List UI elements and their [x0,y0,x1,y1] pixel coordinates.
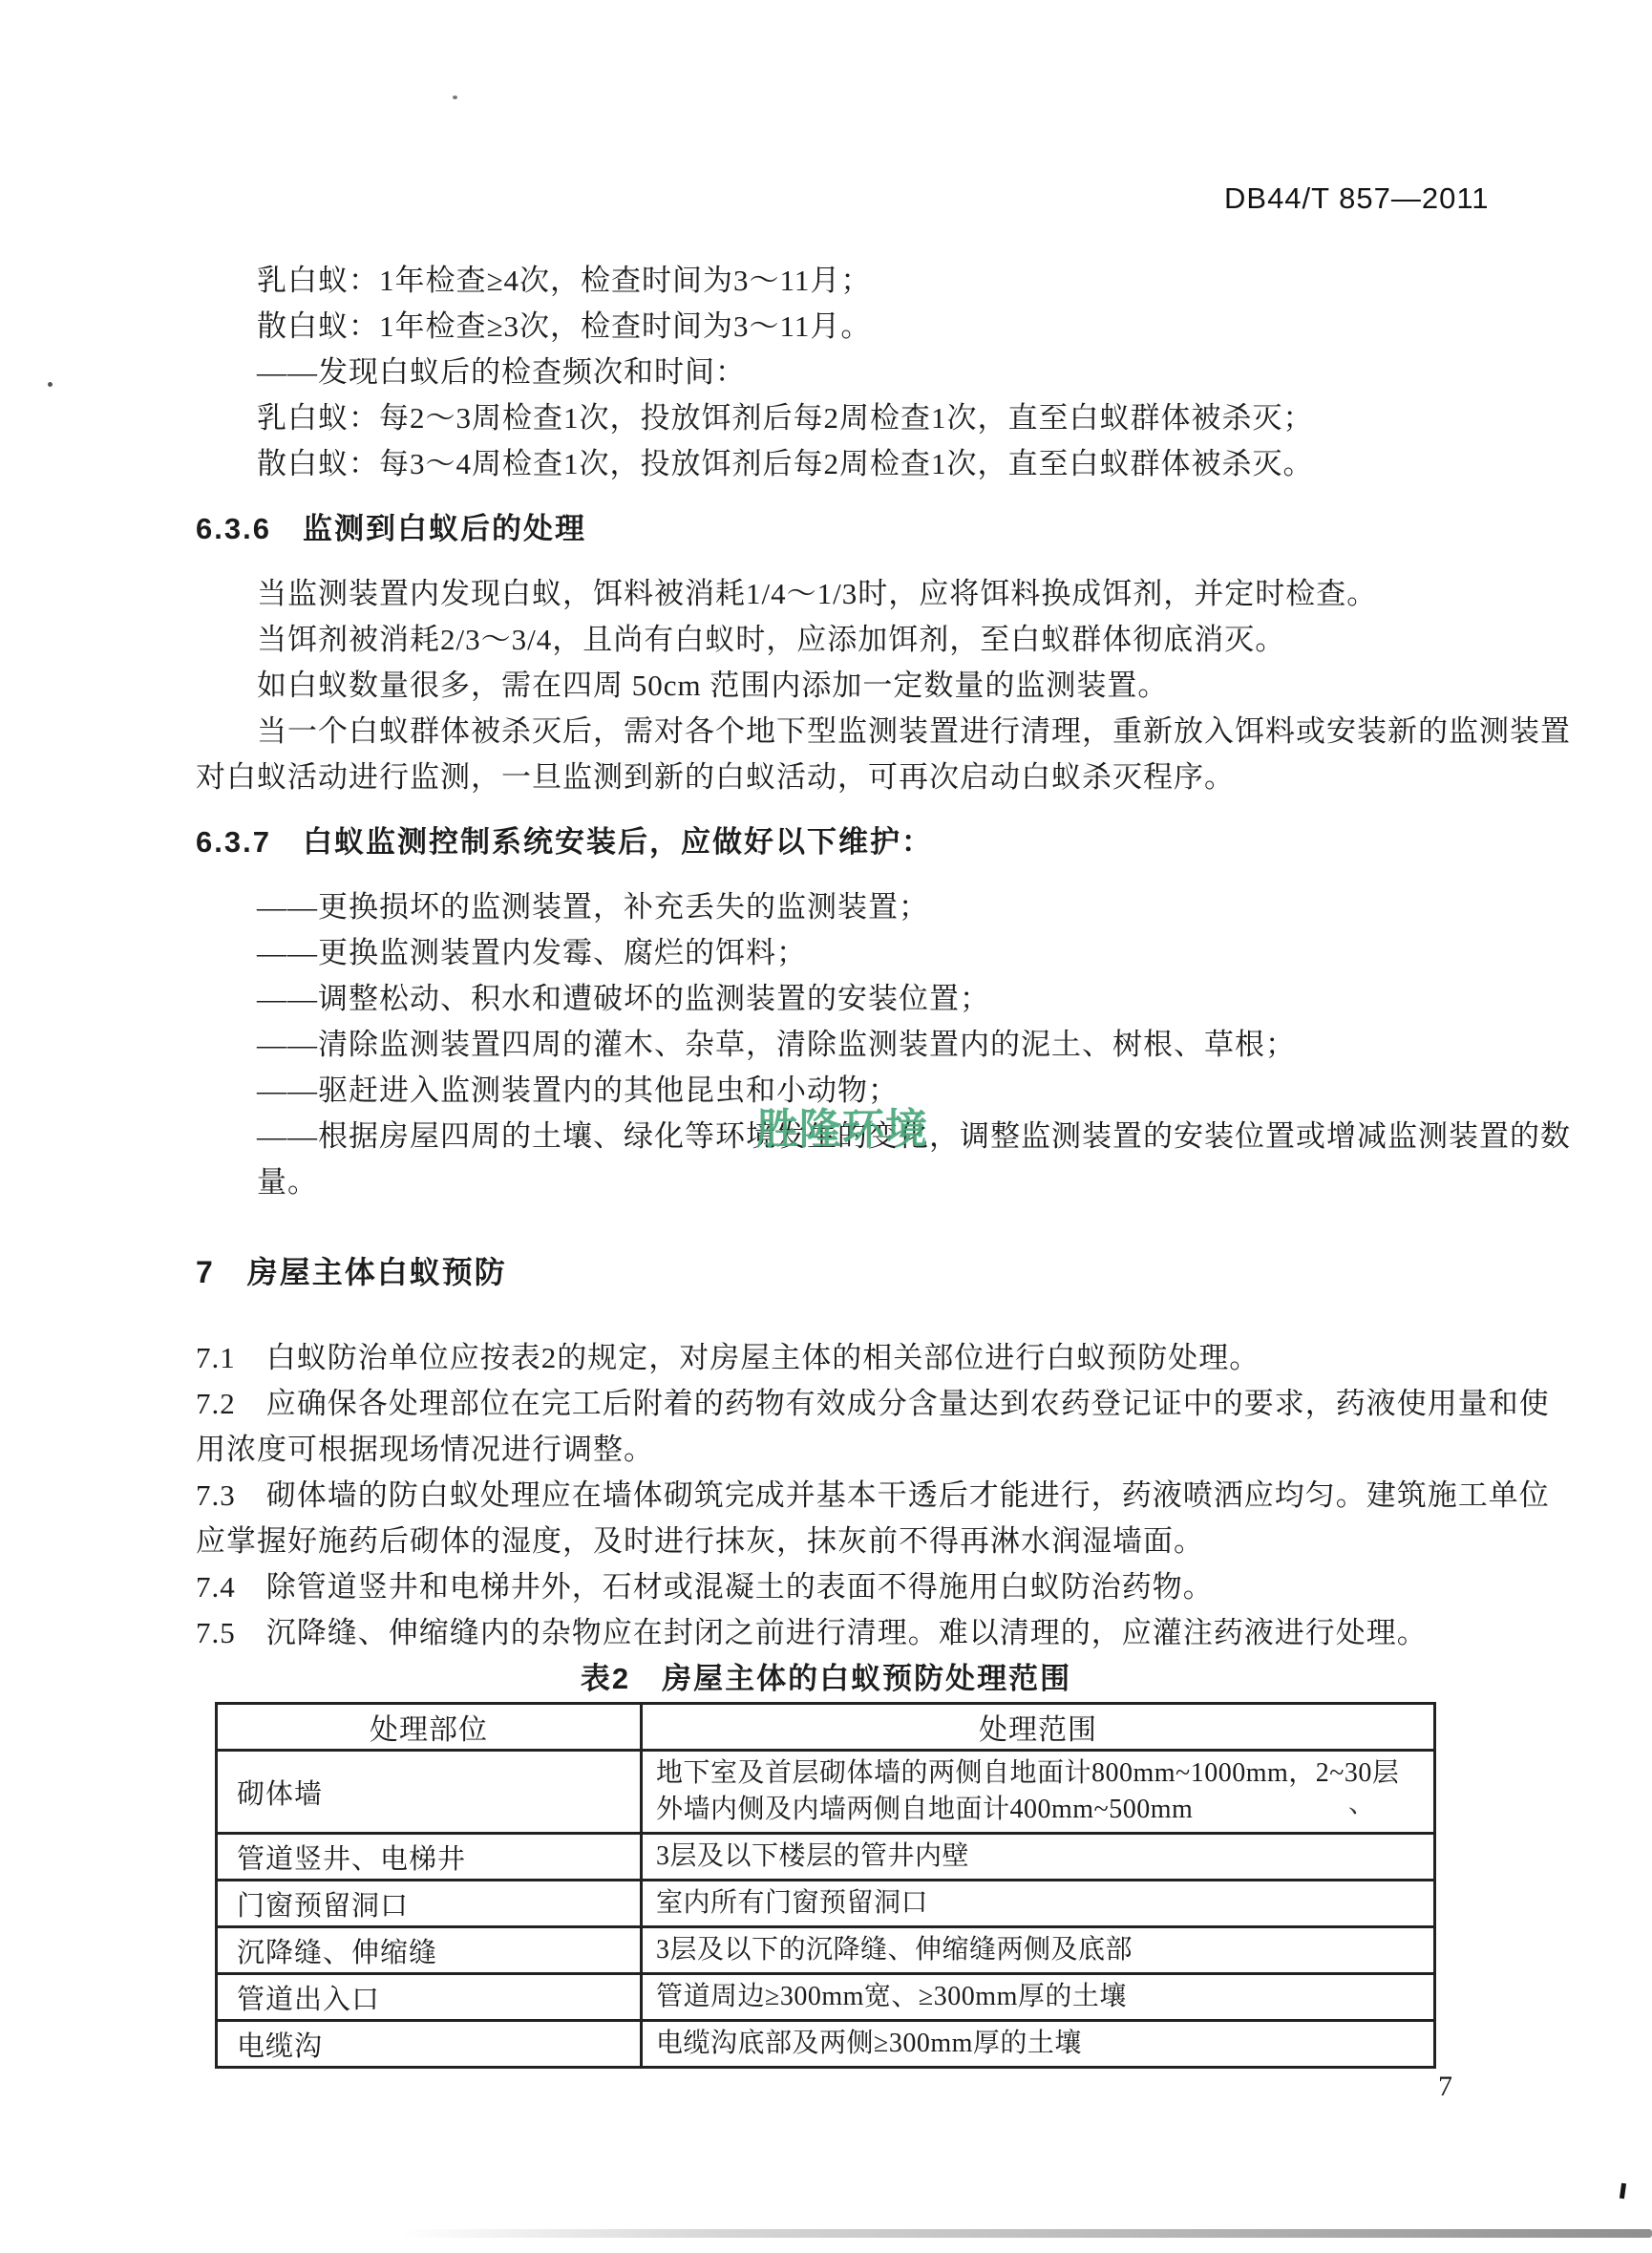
table-row: 电缆沟电缆沟底部及两侧≥300mm厚的土壤 [217,2021,1435,2068]
table-title: 表2 房屋主体的白蚁预防处理范围 [196,1656,1456,1702]
text-line: 7.2 应确保各处理部位在完工后附着的药物有效成分含量达到农药登记证中的要求，药… [196,1381,1456,1427]
scan-tick-mark [1620,2183,1626,2200]
table-cell-part: 管道竖井、电梯井 [217,1834,642,1881]
table-cell-range: 管道周边≥300mm宽、≥300mm厚的土壤 [642,1974,1435,2021]
table-cell-part: 砌体墙 [217,1751,642,1834]
body-text: 乳白蚁：1年检查≥4次，检查时间为3～11月；散白蚁：1年检查≥3次，检查时间为… [196,258,1456,1656]
scanner-edge-shadow [401,2229,1652,2238]
text-line: 对白蚁活动进行监测，一旦监测到新的白蚁活动，可再次启动白蚁杀灭程序。 [196,755,1456,800]
text-line: 7 房屋主体白蚁预防 [196,1249,1456,1295]
table-cell-part: 沉降缝、伸缩缝 [217,1927,642,1974]
table-cell-range: 室内所有门窗预留洞口 [642,1881,1435,1927]
text-line: 当监测装置内发现白蚁，饵料被消耗1/4～1/3时，应将饵料换成饵剂，并定时检查。 [196,571,1456,617]
text-line: ——发现白蚁后的检查频次和时间： [196,350,1456,395]
text-line: 乳白蚁：1年检查≥4次，检查时间为3～11月； [196,258,1456,304]
text-line: 散白蚁：每3～4周检查1次，投放饵剂后每2周检查1次，直至白蚁群体被杀灭。 [196,441,1456,487]
table-cell-range: 电缆沟底部及两侧≥300mm厚的土壤 [642,2021,1435,2068]
scan-stray-mark: 、 [1348,1782,1375,1820]
table-row: 门窗预留洞口室内所有门窗预留洞口 [217,1881,1435,1927]
scan-dot [48,382,53,387]
text-line: 7.4 除管道竖井和电梯井外，石材或混凝土的表面不得施用白蚁防治药物。 [196,1564,1456,1610]
table-cell-range: 3层及以下的沉降缝、伸缩缝两侧及底部 [642,1927,1435,1974]
text-line: 如白蚁数量很多，需在四周 50cm 范围内添加一定数量的监测装置。 [196,663,1456,709]
page-number: 7 [1438,2071,1452,2103]
text-line: ——清除监测装置四周的灌木、杂草，清除监测装置内的泥土、树根、草根； [196,1022,1456,1068]
text-line: 7.3 砌体墙的防白蚁处理应在墙体砌筑完成并基本干透后才能进行，药液喷洒应均匀。… [196,1473,1456,1519]
document-page: DB44/T 857—2011 乳白蚁：1年检查≥4次，检查时间为3～11月；散… [0,0,1652,2253]
watermark-text: 胜隆环境 [756,1095,928,1156]
text-line: 乳白蚁：每2～3周检查1次，投放饵剂后每2周检查1次，直至白蚁群体被杀灭； [196,395,1456,441]
table-cell-part: 门窗预留洞口 [217,1881,642,1927]
text-line: 应掌握好施药后砌体的湿度，及时进行抹灰，抹灰前不得再淋水润湿墙面。 [196,1519,1456,1564]
table-col-header-range: 处理范围 [642,1704,1435,1751]
text-line: 当饵剂被消耗2/3～3/4，且尚有白蚁时，应添加饵剂，至白蚁群体彻底消灭。 [196,617,1456,663]
scan-dot [453,96,457,99]
text-line: 6.3.7 白蚁监测控制系统安装后，应做好以下维护： [196,819,1456,865]
standard-number: DB44/T 857—2011 [1224,181,1490,216]
text-line: 当一个白蚁群体被杀灭后，需对各个地下型监测装置进行清理，重新放入饵料或安装新的监… [196,709,1456,755]
text-line: ——更换损坏的监测装置，补充丢失的监测装置； [196,884,1456,930]
text-line: 6.3.6 监测到白蚁后的处理 [196,506,1456,552]
text-line: 散白蚁：1年检查≥3次，检查时间为3～11月。 [196,304,1456,350]
table-row: 管道出入口管道周边≥300mm宽、≥300mm厚的土壤 [217,1974,1435,2021]
text-line: ——调整松动、积水和遭破坏的监测装置的安装位置； [196,976,1456,1022]
text-line: ——更换监测装置内发霉、腐烂的饵料； [196,930,1456,976]
table-row: 砌体墙地下室及首层砌体墙的两侧自地面计800mm~1000mm，2~30层外墙内… [217,1751,1435,1834]
table-col-header-part: 处理部位 [217,1704,642,1751]
text-line: 量。 [196,1159,1456,1205]
treatment-scope-table: 处理部位 处理范围 砌体墙地下室及首层砌体墙的两侧自地面计800mm~1000m… [215,1702,1436,2069]
text-line: 7.5 沉降缝、伸缩缝内的杂物应在封闭之前进行清理。难以清理的，应灌注药液进行处… [196,1610,1456,1656]
table-row: 沉降缝、伸缩缝3层及以下的沉降缝、伸缩缝两侧及底部 [217,1927,1435,1974]
table-row: 管道竖井、电梯井3层及以下楼层的管井内壁 [217,1834,1435,1881]
table-cell-part: 管道出入口 [217,1974,642,2021]
text-line: 用浓度可根据现场情况进行调整。 [196,1427,1456,1473]
table-cell-range: 3层及以下楼层的管井内壁 [642,1834,1435,1881]
table-cell-part: 电缆沟 [217,2021,642,2068]
table-header-row: 处理部位 处理范围 [217,1704,1435,1751]
table-cell-range: 地下室及首层砌体墙的两侧自地面计800mm~1000mm，2~30层外墙内侧及内… [642,1751,1435,1834]
document-content: 乳白蚁：1年检查≥4次，检查时间为3～11月；散白蚁：1年检查≥3次，检查时间为… [196,258,1456,2069]
text-line: 7.1 白蚁防治单位应按表2的规定，对房屋主体的相关部位进行白蚁预防处理。 [196,1335,1456,1381]
